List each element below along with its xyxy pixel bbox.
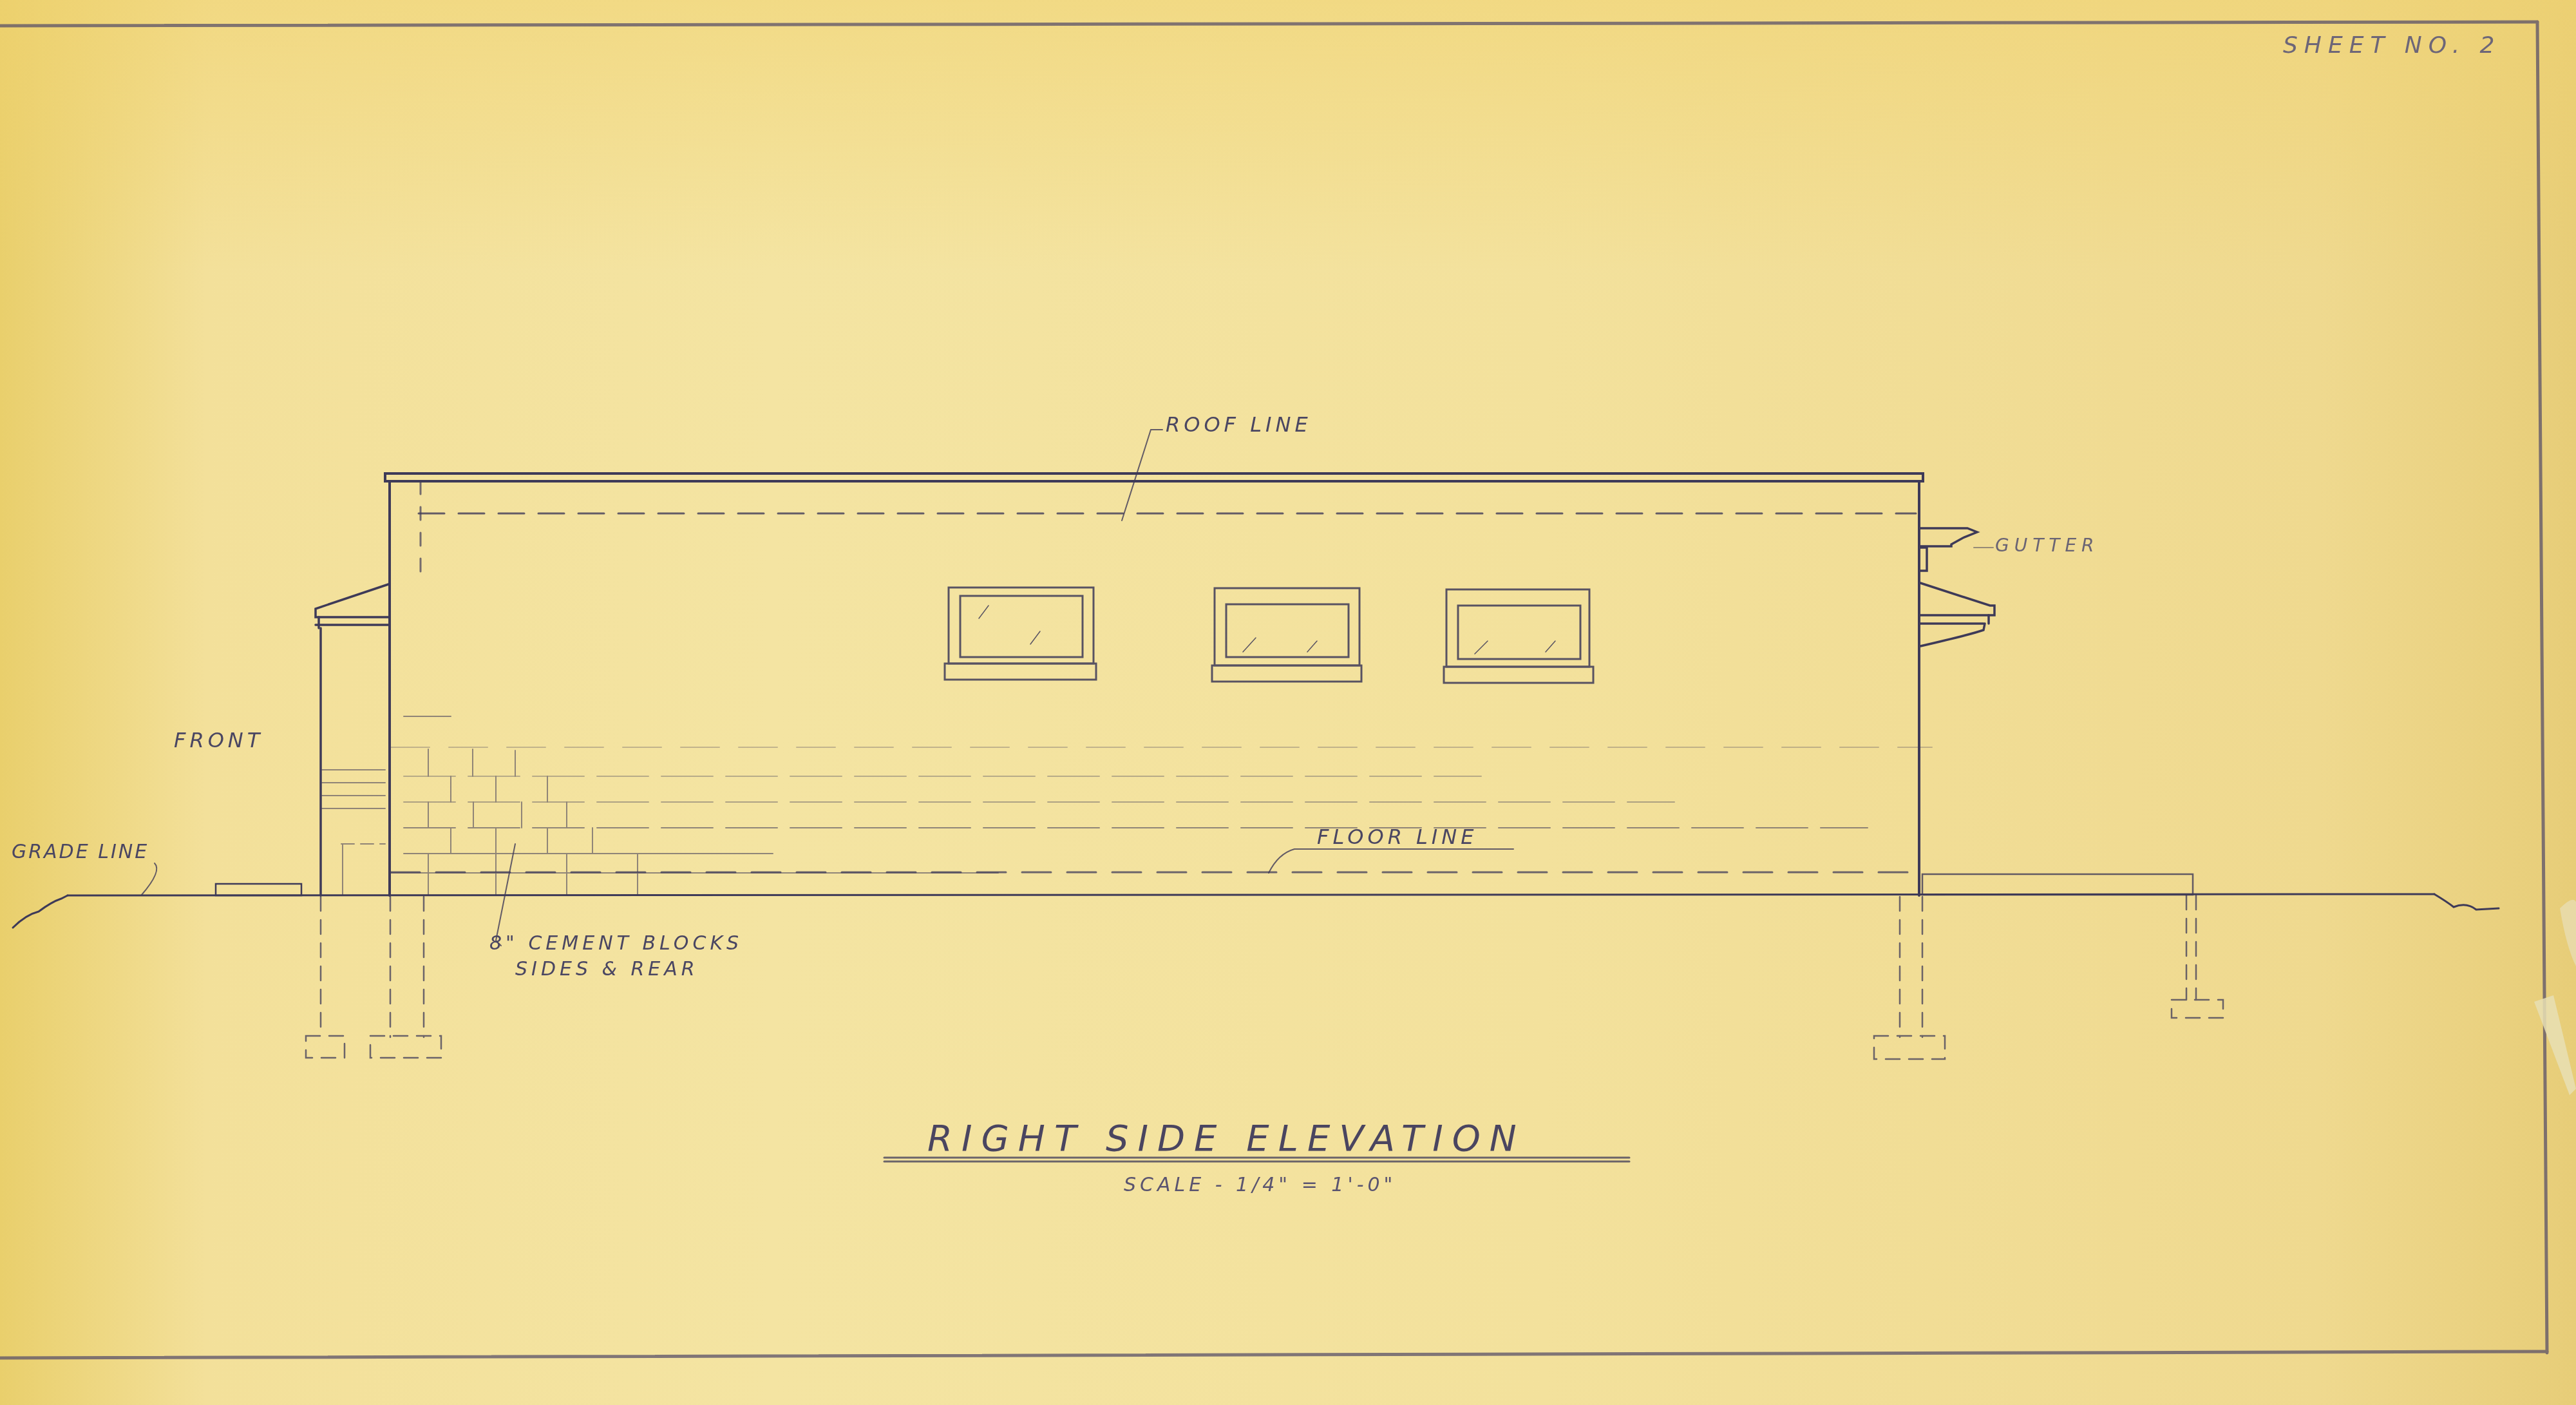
front-canopy: [316, 584, 388, 895]
roof-line-leader: [1122, 430, 1162, 521]
sheet-number-label: SHEET NO. 2: [2283, 32, 2501, 59]
front-label: FRONT: [174, 728, 263, 752]
window-2: [1212, 588, 1361, 682]
drawing-title: RIGHT SIDE ELEVATION: [927, 1118, 1526, 1160]
material-note: 8" CEMENT BLOCKS SIDES & REAR: [489, 931, 743, 982]
grade-line-label: GRADE LINE: [12, 841, 149, 863]
drawing-sheet: SHEET NO. 2 ROOF LINE GUTTER FRONT GRADE…: [0, 0, 2576, 1405]
material-note-line2: SIDES & REAR: [489, 957, 743, 982]
grade-line-leader: [142, 863, 156, 895]
drawing-scale: SCALE - 1/4" = 1'-0": [1124, 1174, 1396, 1196]
cement-block-pattern: [322, 716, 1932, 895]
building-outline: [385, 473, 1923, 895]
floor-line-label: FLOOR LINE: [1317, 825, 1477, 849]
gutter-label: GUTTER: [1995, 535, 2099, 556]
floor-line-leader: [1269, 849, 1513, 873]
rear-slab: [1922, 874, 2193, 895]
tape-strips: [2534, 900, 2576, 1095]
window-1: [945, 588, 1096, 680]
roof-line-label: ROOF LINE: [1166, 412, 1312, 437]
window-3: [1444, 589, 1593, 683]
rear-canopy-gutter: [1919, 528, 1994, 646]
windows: [945, 588, 1593, 683]
material-note-line1: 8" CEMENT BLOCKS: [489, 931, 743, 957]
